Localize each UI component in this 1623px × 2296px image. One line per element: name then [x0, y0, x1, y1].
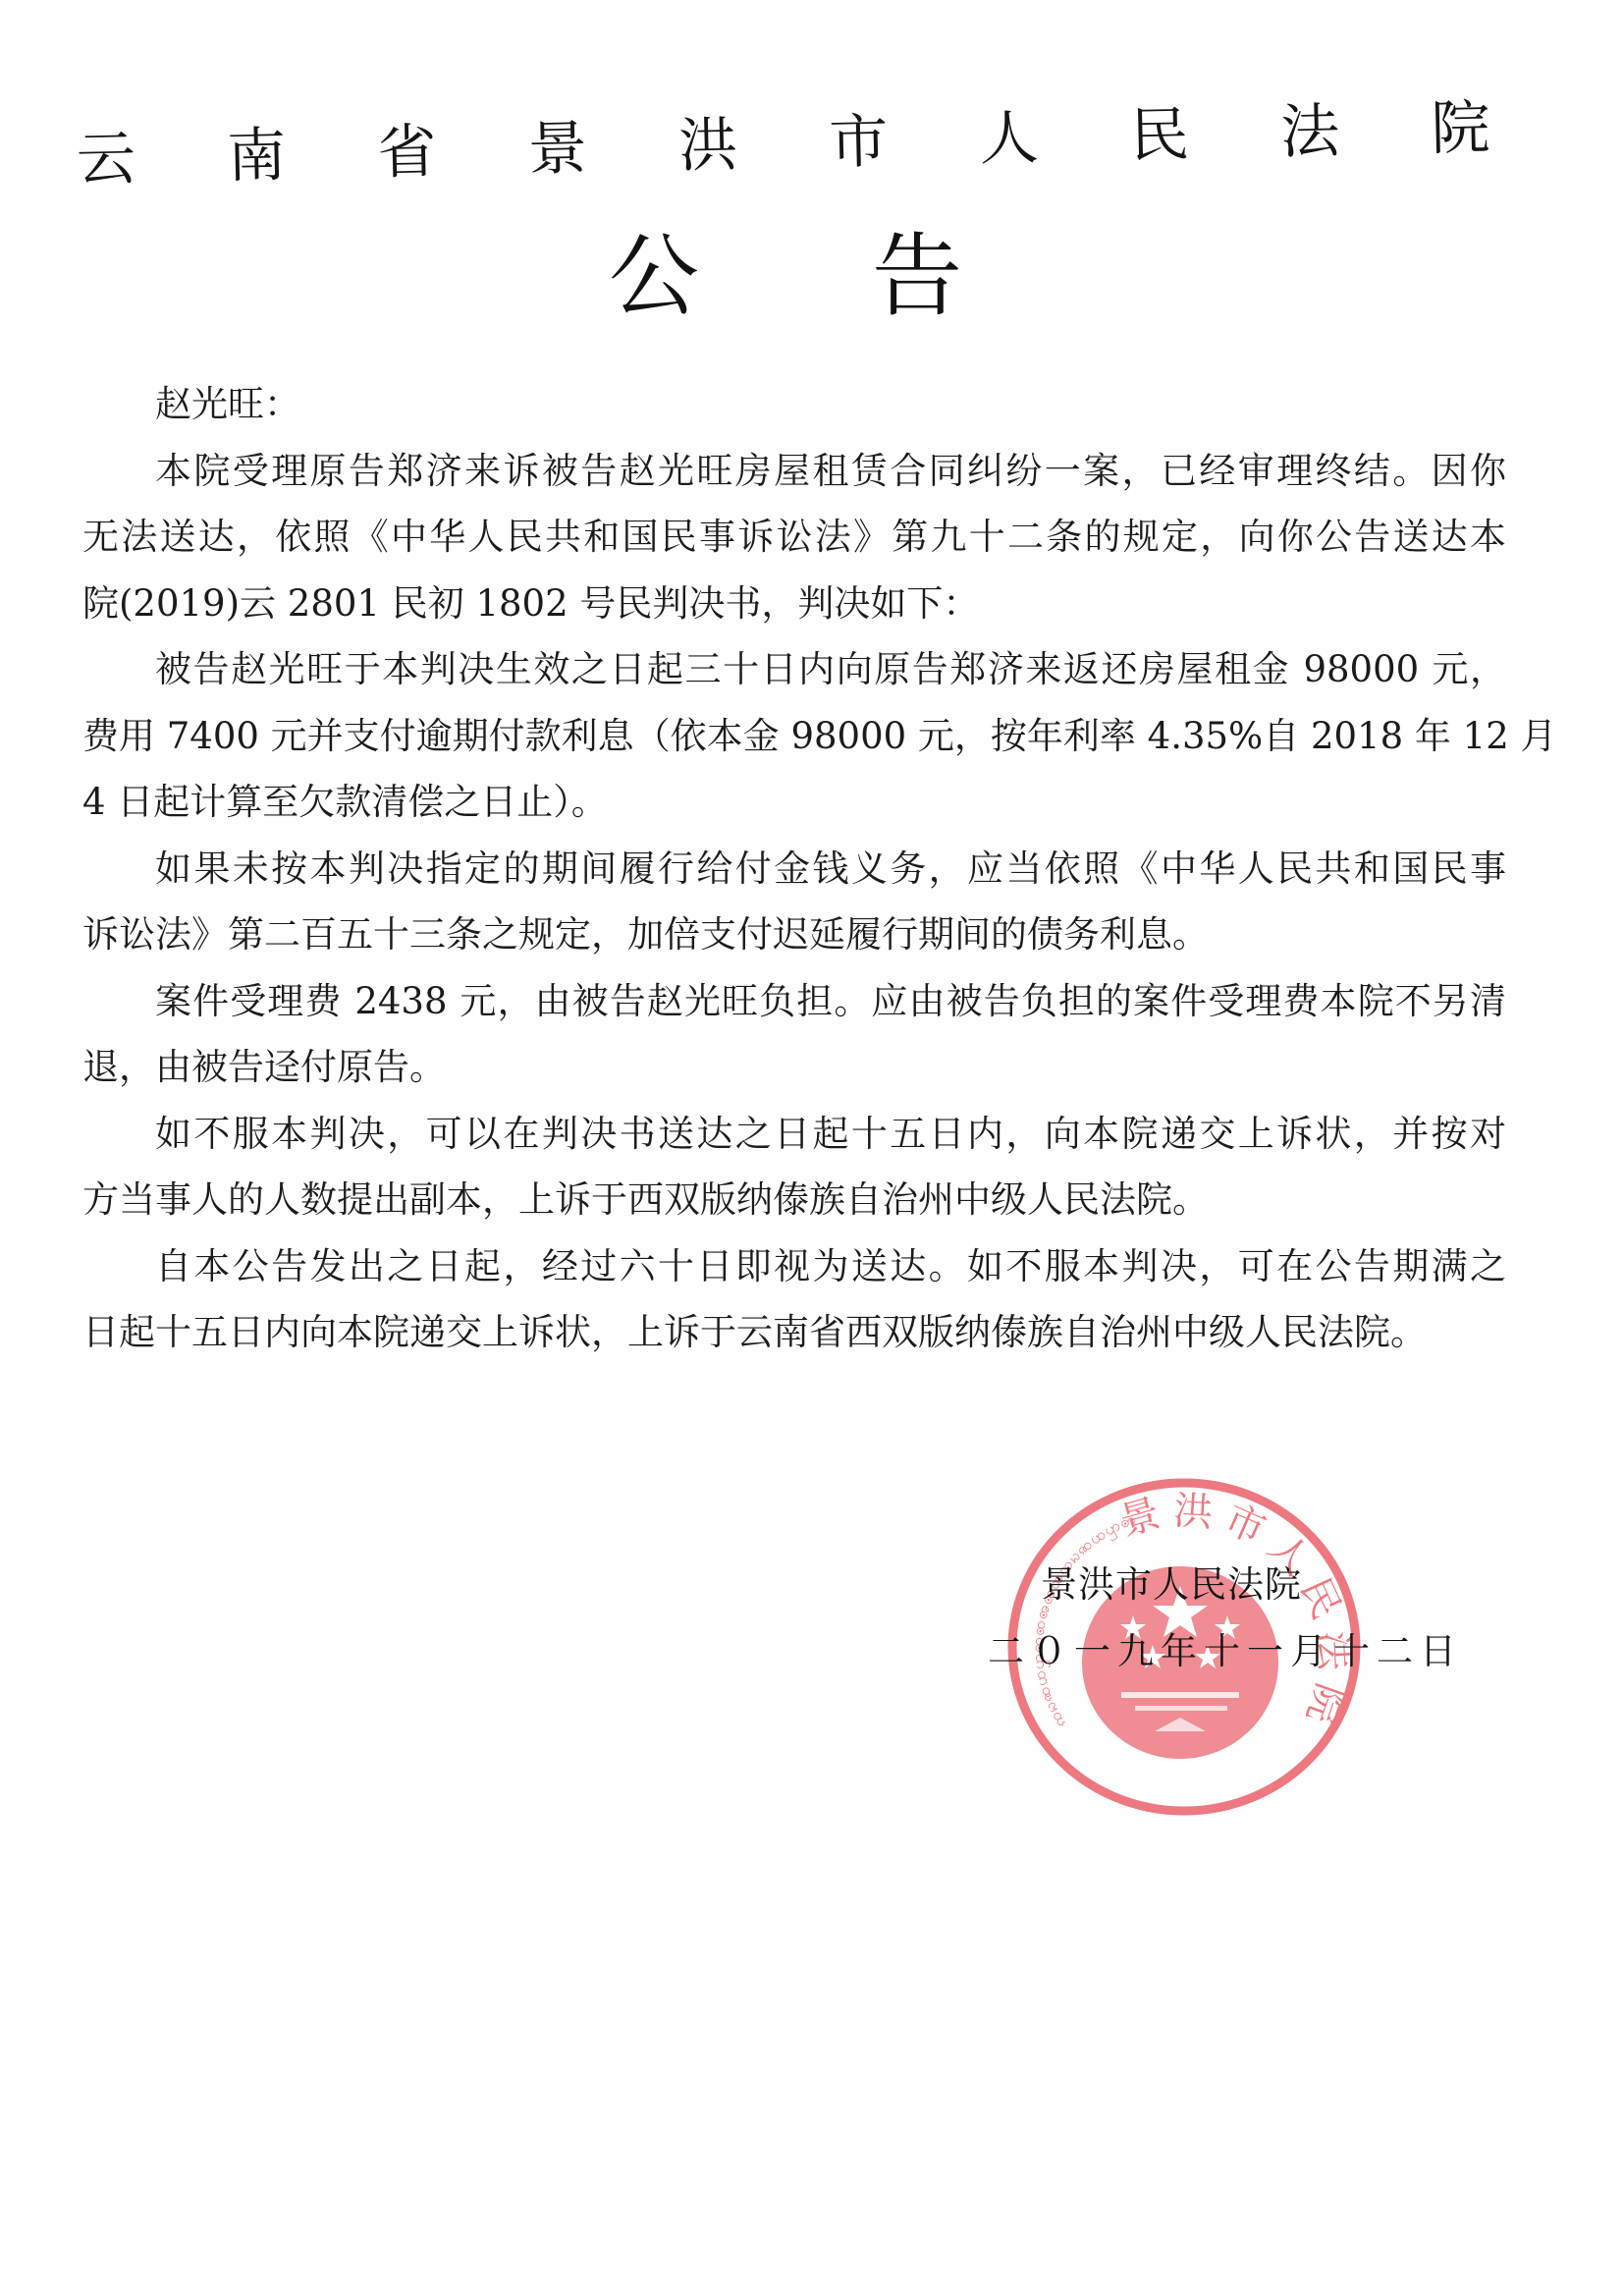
notice-title: 公 告 [609, 228, 962, 326]
signing-court: 景洪市人民法院 [1041, 1563, 1302, 1607]
addressee: 赵光旺： [82, 371, 1506, 438]
court-title-char: 云 [76, 125, 136, 194]
court-title-char: 法 [1280, 97, 1341, 167]
body-line: 院(2019)云 2801 民初 1802 号民判决书，判决如下： [82, 571, 1506, 637]
court-title-char: 院 [1431, 93, 1491, 163]
body-line: 费用 7400 元并支付逾期付款利息（依本金 98000 元，按年利率 4.35… [82, 703, 1506, 770]
court-title-char: 省 [377, 118, 438, 188]
body-line: 本院受理原告郑济来诉被告赵光旺房屋租赁合同纠纷一案，已经审理终结。因你 [82, 438, 1506, 505]
body-line: 诉讼法》第二百五十三条之规定，加倍支付迟延履行期间的债务利息。 [82, 902, 1506, 968]
court-title: 云 南 省 景 洪 市 人 民 法 院 [76, 93, 1490, 194]
court-title-char: 南 [226, 121, 287, 191]
notice-title-char: 告 [872, 228, 962, 326]
body-line: 方当事人的人数提出副本，上诉于西双版纳傣族自治州中级人民法院。 [82, 1167, 1506, 1233]
court-title-char: 人 [979, 104, 1040, 174]
court-title-char: 景 [527, 114, 588, 184]
body-line: 退，由被告迳付原告。 [82, 1034, 1506, 1101]
signing-date: 二０一九年十一月十二日 [988, 1630, 1463, 1673]
body-line: 日起十五日内向本院递交上诉状，上诉于云南省西双版纳傣族自治州中级人民法院。 [82, 1299, 1506, 1366]
body-line: 4 日起计算至欠款清偿之日止）。 [82, 769, 1506, 836]
document-page: 云 南 省 景 洪 市 人 民 法 院 公 告 赵光旺： 本院受理原告郑济来诉被… [0, 0, 1623, 2296]
body-line: 自本公告发出之日起，经过六十日即视为送达。如不服本判决，可在公告期满之 [82, 1233, 1506, 1300]
body-line: 如不服本判决，可以在判决书送达之日起十五日内，向本院递交上诉状，并按对 [82, 1101, 1506, 1168]
court-title-char: 洪 [677, 111, 738, 181]
notice-title-char: 公 [609, 228, 699, 326]
court-title-char: 民 [1129, 100, 1190, 170]
body-line: 无法送达，依照《中华人民共和国民事诉讼法》第九十二条的规定，向你公告送达本 [82, 504, 1506, 571]
body-line: 案件受理费 2438 元，由被告赵光旺负担。应由被告负担的案件受理费本院不另清 [82, 968, 1506, 1035]
body-line: 如果未按本判决指定的期间履行给付金钱义务，应当依照《中华人民共和国民事 [82, 836, 1506, 902]
notice-body: 赵光旺： 本院受理原告郑济来诉被告赵光旺房屋租赁合同纠纷一案，已经审理终结。因你… [82, 371, 1506, 1366]
body-line: 被告赵光旺于本判决生效之日起三十日内向原告郑济来返还房屋租金 98000 元， [82, 636, 1506, 703]
court-title-char: 市 [829, 107, 890, 177]
